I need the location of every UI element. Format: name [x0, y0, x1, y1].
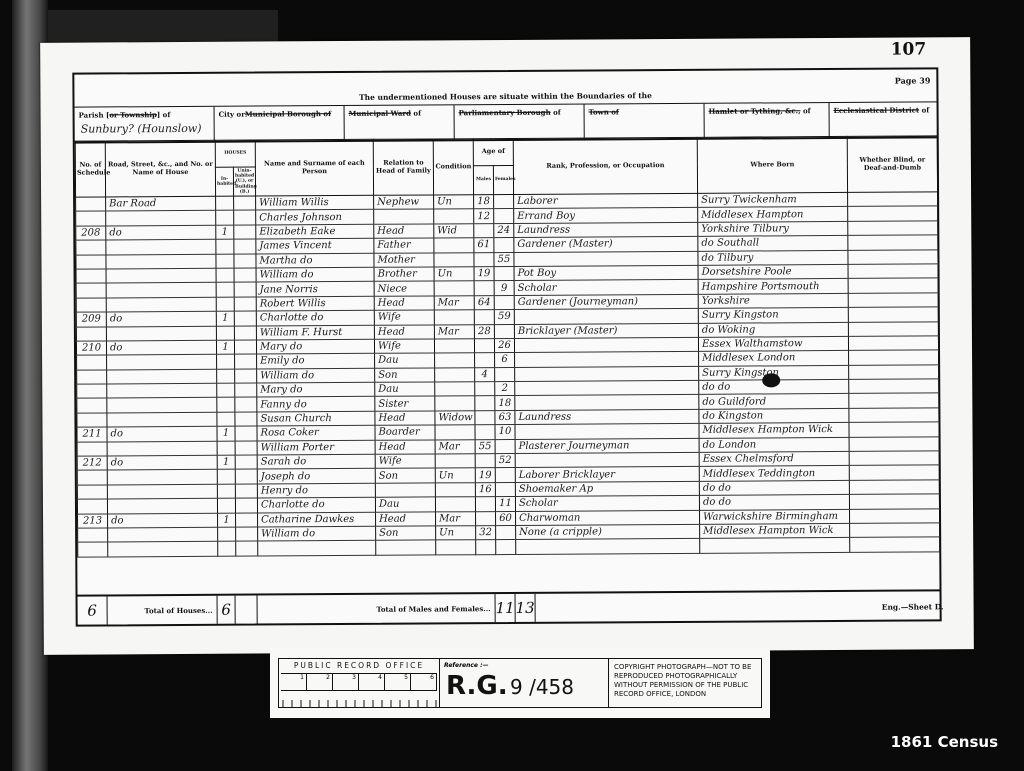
ink-blot: [762, 373, 780, 387]
admin-area-1: City orMunicipal Borough of: [215, 106, 345, 141]
cell-schedule: [77, 355, 107, 370]
cell-occupation: Gardener (Journeyman): [514, 294, 698, 310]
cell-name: Martha do: [256, 253, 374, 268]
col-inhabited: In-habited: [215, 167, 233, 196]
cell-inhabited: [216, 326, 234, 341]
cell-condition: Un: [436, 526, 476, 541]
cell-female-age: [494, 238, 514, 253]
cell-relation: [374, 209, 434, 224]
cell-female-age: 9: [494, 281, 514, 296]
cell-infirmity: [848, 249, 938, 264]
cell-road: do: [106, 225, 216, 240]
cell-infirmity: [848, 192, 938, 207]
cell-male-age: [474, 310, 494, 325]
census-table: No. of Schedule Road, Street, &c., and N…: [75, 135, 941, 557]
cell-relation: Dau: [375, 497, 435, 512]
cell-name: Emily do: [257, 354, 375, 369]
cell-uninhabited: [235, 426, 257, 441]
cell-inhabited: [216, 211, 234, 226]
admin-area-label: Parish [: [79, 110, 110, 119]
cell-occupation: [515, 352, 699, 368]
cell-schedule: [77, 398, 107, 413]
cell-name: Elizabeth Eake: [256, 224, 374, 239]
cell-female-age: [495, 468, 515, 483]
admin-area-value: Sunbury? (Hounslow): [81, 122, 202, 136]
cell-schedule: [77, 413, 107, 428]
cell-road: [107, 369, 217, 384]
col-born: Where Born: [697, 136, 847, 193]
cell-infirmity: [849, 365, 939, 380]
cell-inhabited: [216, 283, 234, 298]
census-caption: 1861 Census: [891, 733, 998, 751]
cell-male-age: [475, 425, 495, 440]
cell-born: do do: [699, 495, 849, 510]
admin-area-6: Ecclesiastical District of: [830, 102, 937, 137]
cell-female-age: 26: [494, 338, 514, 353]
cell-male-age: [475, 396, 495, 411]
cell-road: do: [107, 455, 217, 470]
houses-total-value: 6: [221, 601, 231, 619]
cell-condition: Un: [434, 267, 474, 282]
cell-born: Warwickshire Birmingham: [700, 509, 850, 524]
office-ruler: PUBLIC RECORD OFFICE 123456: [279, 659, 440, 707]
cell-male-age: 19: [475, 468, 495, 483]
cell-uninhabited: [234, 239, 256, 254]
cell-road: [107, 383, 217, 398]
cell-condition: Wid: [434, 223, 474, 238]
cell-schedule: [78, 528, 108, 543]
cell-inhabited: [218, 527, 236, 542]
cell-born: do Southall: [698, 236, 848, 251]
cell-female-age: [495, 367, 515, 382]
ruler-mark: 2: [307, 674, 333, 690]
cell-infirmity: [849, 451, 939, 466]
col-condition: Condition: [433, 139, 473, 195]
cell-inhabited: [217, 441, 235, 456]
cell-uninhabited: [235, 354, 257, 369]
cell-name: Robert Willis: [256, 296, 374, 311]
cell-blank: [236, 541, 258, 556]
admin-area-0: Parish [or Township] ofSunbury? (Hounslo…: [75, 107, 215, 142]
cell-blank: [436, 540, 476, 555]
cell-relation: Head: [375, 411, 435, 426]
cell-born: Yorkshire: [698, 293, 848, 308]
admin-area-label-tail: of: [919, 105, 929, 114]
cell-infirmity: [848, 336, 938, 351]
cell-inhabited: [217, 484, 235, 499]
cell-infirmity: [850, 523, 940, 538]
cell-condition: Mar: [434, 324, 474, 339]
cell-schedule: [76, 269, 106, 284]
admin-area-struck-label: or Township: [109, 110, 157, 119]
cell-born: do Kingston: [699, 408, 849, 423]
cell-inhabited: 1: [216, 311, 234, 326]
cell-condition: [435, 353, 475, 368]
cell-name: William Willis: [256, 195, 374, 210]
cell-male-age: [476, 511, 496, 526]
admin-area-label-tail: of: [800, 106, 810, 115]
cell-born: do Tilbury: [698, 250, 848, 265]
cell-male-age: [474, 281, 494, 296]
cell-relation: Son: [375, 468, 435, 483]
cell-road: [107, 484, 217, 499]
admin-area-2: Municipal Ward of: [345, 105, 455, 140]
cell-schedule: 212: [77, 456, 107, 471]
cell-condition: [435, 367, 475, 382]
cell-occupation: None (a cripple): [516, 524, 700, 540]
ruler-ticks: [281, 690, 437, 707]
cell-inhabited: 1: [216, 225, 234, 240]
cell-infirmity: [848, 278, 938, 293]
cell-blank: [850, 537, 940, 552]
cell-relation: Head: [374, 324, 434, 339]
cell-condition: [434, 339, 474, 354]
admin-area-label-tail: ] of: [157, 110, 170, 119]
cell-schedule: [77, 384, 107, 399]
cell-female-age: [494, 324, 514, 339]
cell-condition: [434, 238, 474, 253]
cell-occupation: [515, 366, 699, 382]
cell-road: do: [108, 513, 218, 528]
ruler-mark: 1: [281, 674, 307, 690]
col-occupation: Rank, Profession, or Occupation: [513, 137, 697, 194]
census-sheet: 107 The undermentioned Houses are situat…: [40, 37, 974, 655]
cell-condition: [434, 252, 474, 267]
cell-inhabited: 1: [218, 513, 236, 528]
cell-uninhabited: [235, 498, 257, 513]
cell-infirmity: [848, 293, 938, 308]
cell-uninhabited: [234, 225, 256, 240]
admin-area-label-tail: of: [551, 108, 561, 117]
cell-blank: [78, 542, 108, 557]
cell-schedule: [77, 370, 107, 385]
cell-occupation: Scholar: [514, 280, 698, 296]
cell-infirmity: [848, 307, 938, 322]
admin-area-struck-label: Municipal Borough of: [245, 109, 331, 119]
cell-born: do London: [699, 437, 849, 452]
cell-inhabited: [216, 196, 234, 211]
cell-male-age: 64: [474, 295, 494, 310]
cell-born: Surry Kingston: [698, 308, 848, 323]
cell-name: William F. Hurst: [256, 325, 374, 340]
col-males: Males: [473, 166, 493, 195]
cell-inhabited: [217, 398, 235, 413]
cell-female-age: [494, 194, 514, 209]
admin-area-label-tail: of: [411, 109, 421, 118]
record-office-stamp: PUBLIC RECORD OFFICE 123456 Reference :—…: [270, 648, 770, 718]
cell-inhabited: [216, 254, 234, 269]
cell-occupation: Shoemaker Ap: [515, 481, 699, 497]
cell-blank: [218, 542, 236, 557]
cell-schedule: [77, 442, 107, 457]
cell-uninhabited: [235, 397, 257, 412]
cell-road: do: [106, 340, 216, 355]
cell-infirmity: [849, 350, 939, 365]
cell-female-age: 6: [495, 353, 515, 368]
cell-road: [106, 239, 216, 254]
col-infirmity: Whether Blind, or Deaf-and-Dumb: [847, 136, 937, 193]
cell-road: [107, 441, 217, 456]
cell-male-age: 18: [474, 195, 494, 210]
cell-born: Essex Chelmsford: [699, 451, 849, 466]
cell-born: Dorsetshire Poole: [698, 264, 848, 279]
persons-total-label: Total of Males and Females...: [258, 594, 496, 623]
cell-relation: Wife: [374, 310, 434, 325]
cell-female-age: [495, 439, 515, 454]
cell-occupation: Laborer: [514, 193, 698, 209]
page-label: Page 39: [895, 75, 931, 85]
cell-occupation: [515, 395, 699, 411]
cell-blank: [516, 539, 700, 555]
cell-condition: [434, 310, 474, 325]
cell-name: Mary do: [257, 382, 375, 397]
cell-schedule: [76, 326, 106, 341]
cell-road: [107, 398, 217, 413]
cell-relation: Wife: [374, 339, 434, 354]
cell-name: Sarah do: [257, 454, 375, 469]
cell-male-age: [474, 252, 494, 267]
cell-occupation: Laundress: [514, 222, 698, 238]
cell-infirmity: [849, 379, 939, 394]
cell-name: Charles Johnson: [256, 210, 374, 225]
cell-relation: Dau: [375, 382, 435, 397]
cell-name: James Vincent: [256, 238, 374, 253]
cell-infirmity: [848, 235, 938, 250]
cell-schedule: 213: [78, 514, 108, 529]
admin-area-struck-label: Town of: [589, 107, 619, 116]
cell-male-age: [474, 223, 494, 238]
cell-uninhabited: [234, 326, 256, 341]
cell-born: do Guildford: [699, 394, 849, 409]
ruler-mark: 4: [359, 674, 385, 690]
cell-uninhabited: [235, 383, 257, 398]
cell-uninhabited: [236, 513, 258, 528]
ruler-mark: 6: [411, 674, 437, 690]
cell-condition: [435, 425, 475, 440]
cell-occupation: Pot Boy: [514, 265, 698, 281]
cell-infirmity: [849, 494, 939, 509]
reference-piece: 9 /458: [510, 675, 574, 699]
cell-female-age: 63: [495, 410, 515, 425]
cell-relation: Head: [376, 512, 436, 527]
col-relation: Relation to Head of Family: [373, 139, 433, 195]
cell-female-age: [494, 266, 514, 281]
cell-relation: Son: [376, 526, 436, 541]
cell-condition: Mar: [435, 439, 475, 454]
cell-road: [106, 297, 216, 312]
cell-female-age: 55: [494, 252, 514, 267]
cell-female-age: 2: [495, 382, 515, 397]
cell-schedule: [76, 283, 106, 298]
cell-occupation: [515, 380, 699, 396]
cell-relation: Son: [375, 368, 435, 383]
col-age: Age of: [473, 138, 513, 165]
cell-relation: Brother: [374, 267, 434, 282]
cell-relation: Head: [375, 440, 435, 455]
cell-inhabited: [217, 369, 235, 384]
houses-total-label: Total of Houses...: [108, 596, 218, 625]
cell-born: Hampshire Portsmouth: [698, 279, 848, 294]
cell-male-age: 55: [475, 439, 495, 454]
cell-female-age: 11: [495, 497, 515, 512]
cell-name: Joseph do: [257, 469, 375, 484]
cell-schedule: [77, 485, 107, 500]
cell-born: Yorkshire Tilbury: [698, 221, 848, 236]
cell-inhabited: [216, 239, 234, 254]
cell-road: [107, 412, 217, 427]
cell-name: Susan Church: [257, 411, 375, 426]
cell-male-age: 12: [474, 209, 494, 224]
cell-condition: [435, 454, 475, 469]
cell-inhabited: 1: [217, 426, 235, 441]
reference-box: Reference :— R.G. 9 /458: [440, 659, 609, 707]
cell-schedule: 209: [76, 312, 106, 327]
cell-inhabited: [216, 297, 234, 312]
cell-condition: [434, 209, 474, 224]
cell-female-age: 10: [495, 425, 515, 440]
reference-label: Reference :—: [444, 662, 488, 669]
cell-uninhabited: [236, 527, 258, 542]
cell-road: do: [106, 311, 216, 326]
cell-relation: Head: [374, 224, 434, 239]
cell-inhabited: [217, 354, 235, 369]
cell-road: [106, 326, 216, 341]
col-uninhabited: Unin-habited (U.), or Building (B.): [233, 167, 255, 196]
cell-name: William do: [257, 368, 375, 383]
cell-male-age: 61: [474, 238, 494, 253]
cell-road: [107, 355, 217, 370]
cell-occupation: Gardener (Master): [514, 237, 698, 253]
admin-area-struck-label: Ecclesiastical District: [834, 105, 920, 115]
cell-name: William do: [256, 267, 374, 282]
cell-schedule: 210: [76, 341, 106, 356]
cell-occupation: Charwoman: [516, 510, 700, 526]
reference-prefix: R.G.: [446, 671, 508, 701]
sheet-label: Eng.—Sheet D.: [882, 602, 944, 611]
cell-male-age: 32: [476, 526, 496, 541]
cell-female-age: 60: [496, 511, 516, 526]
cell-uninhabited: [235, 441, 257, 456]
enumeration-form: The undermentioned Houses are situate wi…: [72, 67, 941, 626]
totals-row: 6 Total of Houses... 6 Total of Males an…: [78, 589, 940, 624]
cell-occupation: [515, 452, 699, 468]
ruler-mark: 5: [385, 674, 411, 690]
cell-born: Middlesex Teddington: [699, 466, 849, 481]
cell-occupation: Laundress: [515, 409, 699, 425]
cell-uninhabited: [235, 469, 257, 484]
cell-road: Bar Road: [106, 196, 216, 211]
cell-born: Middlesex London: [699, 351, 849, 366]
cell-male-age: [475, 410, 495, 425]
cell-male-age: 28: [474, 324, 494, 339]
cell-female-age: [494, 209, 514, 224]
cell-male-age: [475, 353, 495, 368]
cell-female-age: 18: [495, 396, 515, 411]
cell-condition: [434, 281, 474, 296]
cell-infirmity: [849, 408, 939, 423]
cell-name: Charlotte do: [256, 310, 374, 325]
cell-uninhabited: [234, 254, 256, 269]
admin-area-4: Town of: [585, 104, 705, 139]
cell-condition: Widow: [435, 411, 475, 426]
cell-infirmity: [849, 480, 939, 495]
col-houses: HOUSES: [215, 140, 255, 167]
cell-male-age: 16: [475, 482, 495, 497]
admin-area-5: Hamlet or Tything, &c., of: [705, 103, 830, 138]
cell-born: Middlesex Hampton Wick: [700, 523, 850, 538]
cell-uninhabited: [235, 412, 257, 427]
cell-male-age: 19: [474, 267, 494, 282]
cell-uninhabited: [234, 268, 256, 283]
cell-occupation: Errand Boy: [514, 208, 698, 224]
cell-male-age: [475, 454, 495, 469]
cell-road: [107, 470, 217, 485]
cell-name: William Porter: [257, 440, 375, 455]
cell-infirmity: [850, 508, 940, 523]
cell-road: [106, 211, 216, 226]
cell-uninhabited: [234, 340, 256, 355]
cell-occupation: Laborer Bricklayer: [515, 467, 699, 483]
admin-area-struck-label: Hamlet or Tything, &c.,: [709, 106, 801, 116]
cell-condition: [435, 396, 475, 411]
cell-road: do: [107, 427, 217, 442]
cell-schedule: [76, 197, 106, 212]
cell-male-age: 4: [475, 367, 495, 382]
cell-schedule: [76, 211, 106, 226]
cell-name: Catharine Dawkes: [258, 512, 376, 527]
admin-area-struck-label: Parliamentary Borough: [459, 108, 551, 118]
cell-name: Jane Norris: [256, 282, 374, 297]
cell-road: [108, 527, 218, 542]
cell-female-age: 24: [494, 223, 514, 238]
cell-uninhabited: [234, 282, 256, 297]
cell-condition: Un: [435, 468, 475, 483]
cell-relation: Niece: [374, 281, 434, 296]
cell-infirmity: [848, 321, 938, 336]
cell-road: [106, 268, 216, 283]
office-name: PUBLIC RECORD OFFICE: [279, 659, 439, 670]
cell-name: Fanny do: [257, 397, 375, 412]
females-total: 13: [515, 599, 534, 617]
ruler-scale: 123456: [281, 673, 437, 690]
cell-occupation: [514, 308, 698, 324]
cell-blank: [376, 540, 436, 555]
cell-born: Middlesex Hampton: [698, 207, 848, 222]
cell-relation: Boarder: [375, 425, 435, 440]
cell-name: Rosa Coker: [257, 426, 375, 441]
cell-condition: Un: [434, 195, 474, 210]
cell-condition: Mar: [436, 511, 476, 526]
cell-female-age: [494, 295, 514, 310]
cell-uninhabited: [234, 196, 256, 211]
cell-schedule: [76, 255, 106, 270]
cell-condition: [435, 483, 475, 498]
cell-uninhabited: [234, 297, 256, 312]
cell-uninhabited: [235, 369, 257, 384]
cell-inhabited: [216, 268, 234, 283]
cell-name: Mary do: [256, 339, 374, 354]
cell-occupation: Bricklayer (Master): [514, 323, 698, 339]
cell-uninhabited: [234, 311, 256, 326]
males-total: 11: [495, 599, 514, 617]
cell-relation: Nephew: [374, 195, 434, 210]
cell-relation: Wife: [375, 454, 435, 469]
cell-relation: Head: [374, 296, 434, 311]
cell-relation: Father: [374, 238, 434, 253]
cell-blank: [496, 540, 516, 555]
cell-male-age: [474, 338, 494, 353]
cell-occupation: [515, 424, 699, 440]
